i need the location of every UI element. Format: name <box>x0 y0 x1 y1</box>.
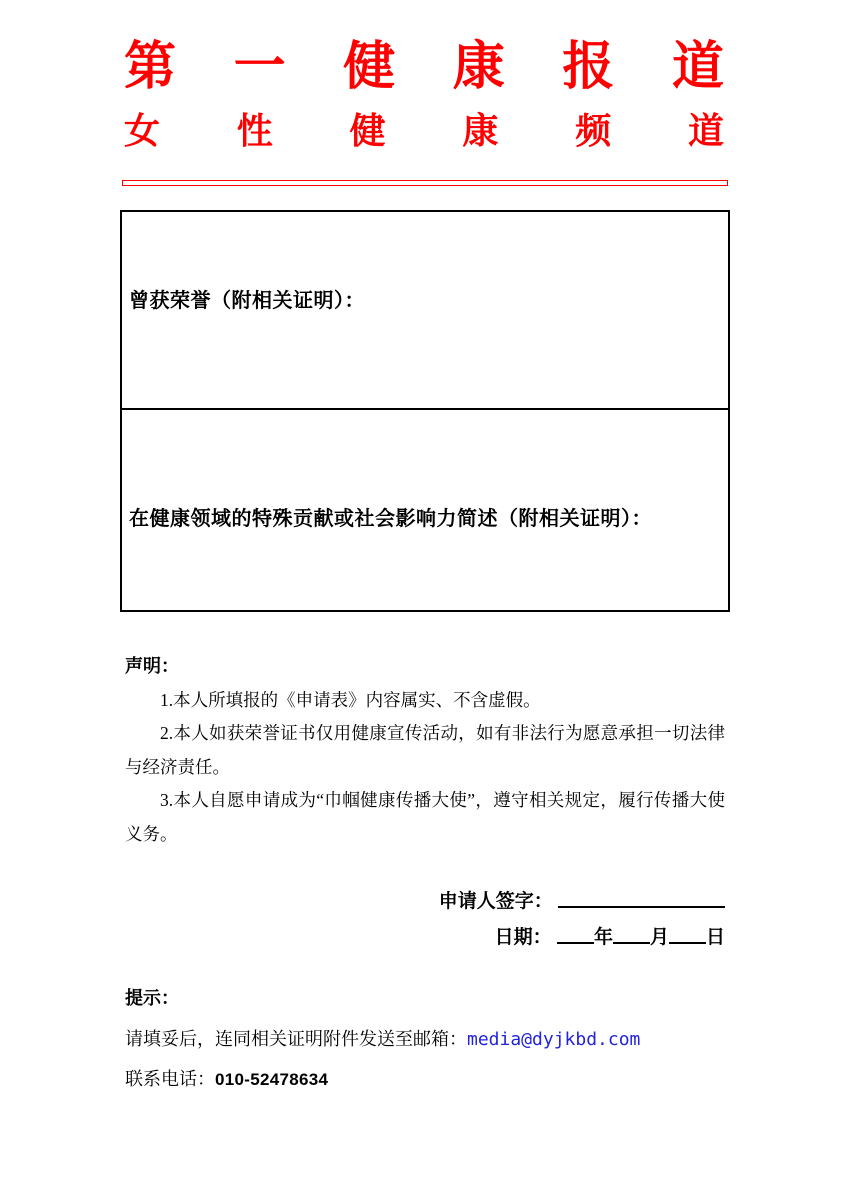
declaration-item-3: 3.本人自愿申请成为“巾帼健康传播大使”，遵守相关规定，履行传播大使义务。 <box>125 784 725 851</box>
tips-heading: 提示： <box>125 986 725 1010</box>
declaration-item-1: 1.本人所填报的《申请表》内容属实、不含虚假。 <box>125 684 725 718</box>
signature-line: 申请人签字： <box>125 884 725 920</box>
application-form-page: 第一健康报道 女性健康频道 曾获荣誉（附相关证明）： 在健康领域的特殊贡献或社会… <box>0 0 850 1202</box>
phone-line: 联系电话：010-52478634 <box>125 1067 725 1092</box>
month-label: 月 <box>650 927 669 948</box>
contribution-box-label: 在健康领域的特殊贡献或社会影响力简述（附相关证明）： <box>129 502 652 531</box>
honors-box-label: 曾获荣誉（附相关证明）： <box>129 284 365 313</box>
phone-number: 010-52478634 <box>215 1070 328 1089</box>
declaration-heading: 声明： <box>125 650 725 684</box>
declaration-section: 声明： 1.本人所填报的《申请表》内容属实、不含虚假。 2.本人如获荣誉证书仅用… <box>125 650 725 851</box>
date-day-blank <box>669 927 706 944</box>
signature-blank <box>558 891 725 908</box>
year-label: 年 <box>594 927 613 948</box>
page-subtitle: 女性健康频道 <box>124 110 724 152</box>
tips-section: 提示： 请填妥后，连同相关证明附件发送至邮箱：media@dyjkbd.com … <box>125 986 725 1107</box>
date-line: 日期： 年月日 <box>125 920 725 956</box>
page-title: 第一健康报道 <box>124 38 724 98</box>
signature-label: 申请人签字： <box>439 891 553 912</box>
declaration-item-2: 2.本人如获荣誉证书仅用健康宣传活动，如有非法行为愿意承担一切法律与经济责任。 <box>125 717 725 784</box>
day-label: 日 <box>706 927 725 948</box>
form-table: 曾获荣誉（附相关证明）： 在健康领域的特殊贡献或社会影响力简述（附相关证明）： <box>120 210 730 612</box>
date-year-blank <box>557 927 594 944</box>
email-instruction-line: 请填妥后，连同相关证明附件发送至邮箱：media@dyjkbd.com <box>125 1027 725 1052</box>
phone-label: 联系电话： <box>125 1069 215 1089</box>
email-link[interactable]: media@dyjkbd.com <box>467 1029 640 1050</box>
honors-box: 曾获荣誉（附相关证明）： <box>122 212 728 410</box>
contribution-box: 在健康领域的特殊贡献或社会影响力简述（附相关证明）： <box>122 410 728 610</box>
signature-section: 申请人签字： 日期： 年月日 <box>125 884 725 956</box>
date-label: 日期： <box>495 927 552 948</box>
email-instruction-text: 请填妥后，连同相关证明附件发送至邮箱： <box>125 1029 467 1049</box>
header-divider <box>122 180 728 186</box>
date-month-blank <box>613 927 650 944</box>
